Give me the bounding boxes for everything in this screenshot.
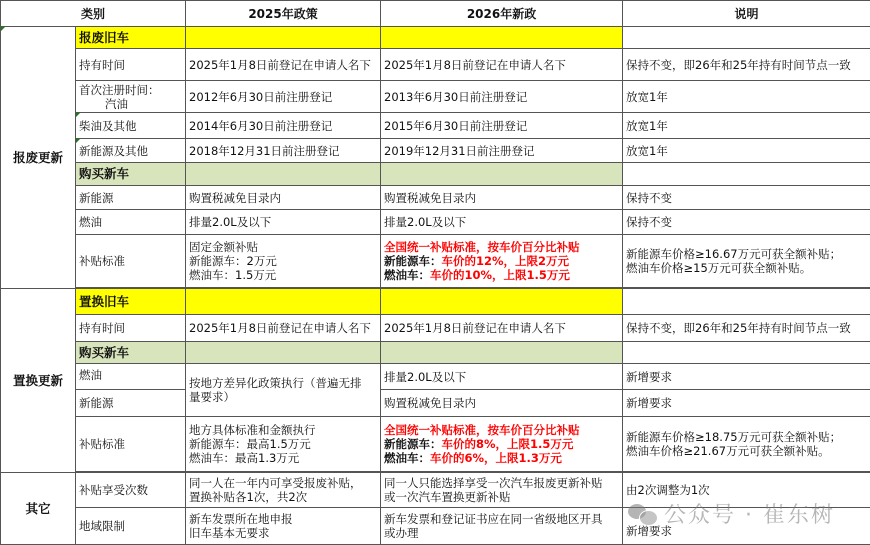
section-replace-new-car: 购买新车: [76, 342, 186, 364]
cell-2025: 固定金额补贴 新能源车：2万元 燃油车：1.5万元: [186, 235, 381, 288]
cell-2026: 购置税减免目录内: [381, 390, 623, 417]
item-label: 地域限制: [76, 508, 186, 545]
cell-note: 保持不变，即26年和25年持有时间节点一致: [623, 49, 870, 81]
cell-2025: 2025年1月8日前登记在申请人名下: [186, 49, 381, 81]
header-category: 类别: [1, 1, 186, 27]
item-label: 持有时间: [76, 49, 186, 81]
table-row-subsidy: 补贴标准 地方具体标准和金额执行 新能源车：最高1.5万元 燃油车：最高1.3万…: [1, 417, 870, 472]
table-row: 新能源 购置税减免目录内 新增要求: [1, 390, 870, 417]
category-other: 其它: [1, 473, 76, 545]
section-row-scrap-new: 购买新车: [1, 163, 870, 186]
cell-comment-marker: [76, 139, 80, 143]
cell-2026: 2019年12月31日前注册登记: [381, 139, 623, 163]
cell-note: 放宽1年: [623, 113, 870, 139]
cell-2025: 地方具体标准和金额执行 新能源车：最高1.5万元 燃油车：最高1.3万元: [186, 417, 381, 472]
cell-2026: 2025年1月8日前登记在申请人名下: [381, 315, 623, 342]
table-row: 地域限制 新车发票所在地申报 旧车基本无要求 新车发票和登记证书应在同一省级地区…: [1, 508, 870, 545]
item-label: 持有时间: [76, 315, 186, 342]
cell-note: 保持不变: [623, 186, 870, 210]
cell-2026: 购置税减免目录内: [381, 186, 623, 210]
item-label: 补贴标准: [76, 235, 186, 288]
table-row: 燃油 排量2.0L及以下 排量2.0L及以下 保持不变: [1, 210, 870, 235]
section-row-replace-new: 购买新车: [1, 342, 870, 364]
table-row-subsidy: 补贴标准 固定金额补贴 新能源车：2万元 燃油车：1.5万元 全国统一补贴标准，…: [1, 235, 870, 288]
item-label: 新能源: [76, 186, 186, 210]
cell-2026: 排量2.0L及以下: [381, 210, 623, 235]
header-2026: 2026年新政: [381, 1, 623, 27]
cell-comment-marker: [1, 27, 5, 31]
cell-note: 保持不变，即26年和25年持有时间节点一致: [623, 315, 870, 342]
cell-2025-merged: 按地方差异化政策执行（普遍无排 量要求）: [186, 364, 381, 417]
cell-2025: 同一人在一年内可享受报废补贴， 置换补贴各1次，共2次: [186, 473, 381, 508]
cell-note: 新能源车价格≥18.75万元可获全额补贴； 燃油车价格≥21.67万元可获全额补…: [623, 417, 870, 472]
item-label: 新能源及其他: [76, 139, 186, 163]
header-row: 类别 2025年政策 2026年新政 说明: [1, 1, 870, 27]
cell-2026: 同一人只能选择享受一次汽车报废更新补贴 或一次汽车置换更新补贴: [381, 473, 623, 508]
cell-2025: 2012年6月30日前注册登记: [186, 81, 381, 113]
table-row: 柴油及其他 2014年6月30日前注册登记 2015年6月30日前注册登记 放宽…: [1, 113, 870, 139]
cell-comment-marker: [76, 113, 80, 117]
item-label: 补贴享受次数: [76, 473, 186, 508]
cell-note: 新能源车价格≥16.67万元可获全额补贴； 燃油车价格≥15万元可获全额补贴。: [623, 235, 870, 288]
cell-2026: 全国统一补贴标准，按车价百分比补贴 新能源车：车价的8%，上限1.5万元 燃油车…: [381, 417, 623, 472]
table-row: 新能源 购置税减免目录内 购置税减免目录内 保持不变: [1, 186, 870, 210]
item-label: 新能源: [76, 390, 186, 417]
item-label: 柴油及其他: [76, 113, 186, 139]
item-label: 补贴标准: [76, 417, 186, 472]
section-replace-old-car: 置换旧车: [76, 289, 186, 315]
cell-2025: 2014年6月30日前注册登记: [186, 113, 381, 139]
cell-2025: 购置税减免目录内: [186, 186, 381, 210]
cell-2025: 2025年1月8日前登记在申请人名下: [186, 315, 381, 342]
cell-2025: 2018年12月31日前注册登记: [186, 139, 381, 163]
header-note: 说明: [623, 1, 870, 27]
item-label: 燃油: [76, 364, 186, 390]
cell-note: 放宽1年: [623, 139, 870, 163]
cell-2026: 2015年6月30日前注册登记: [381, 113, 623, 139]
cell-note: 新增要求: [623, 364, 870, 390]
header-2025: 2025年政策: [186, 1, 381, 27]
section-row-scrap-old: 报废更新 报废旧车: [1, 27, 870, 49]
policy-comparison-table: 类别 2025年政策 2026年新政 说明 报废更新 报废旧车 持有时间 202…: [0, 0, 870, 545]
category-scrap: 报废更新: [1, 27, 76, 289]
cell-note: 新增要求: [623, 390, 870, 417]
cell-note: 保持不变: [623, 210, 870, 235]
item-label: 燃油: [76, 210, 186, 235]
table-row: 持有时间 2025年1月8日前登记在申请人名下 2025年1月8日前登记在申请人…: [1, 49, 870, 81]
item-label: 首次注册时间： 汽油: [76, 81, 186, 113]
cell-2026: 2025年1月8日前登记在申请人名下: [381, 49, 623, 81]
table-row: 新能源及其他 2018年12月31日前注册登记 2019年12月31日前注册登记…: [1, 139, 870, 163]
cell-2026: 全国统一补贴标准，按车价百分比补贴 新能源车：车价的12%，上限2万元 燃油车：…: [381, 235, 623, 288]
table-row: 其它 补贴享受次数 同一人在一年内可享受报废补贴， 置换补贴各1次，共2次 同一…: [1, 473, 870, 508]
cell-note: 放宽1年: [623, 81, 870, 113]
section-row-replace-old: 置换更新 置换旧车: [1, 289, 870, 315]
category-replace: 置换更新: [1, 289, 76, 473]
table-row: 持有时间 2025年1月8日前登记在申请人名下 2025年1月8日前登记在申请人…: [1, 315, 870, 342]
cell-2026: 排量2.0L及以下: [381, 364, 623, 390]
cell-2026: 新车发票和登记证书应在同一省级地区开具 或办理: [381, 508, 623, 545]
section-scrap-new-car: 购买新车: [76, 163, 186, 186]
table-row: 首次注册时间： 汽油 2012年6月30日前注册登记 2013年6月30日前注册…: [1, 81, 870, 113]
cell-2026: 2013年6月30日前注册登记: [381, 81, 623, 113]
cell-note: 新增要求: [623, 508, 870, 545]
cell-note: 由2次调整为1次: [623, 473, 870, 508]
table-row: 燃油 按地方差异化政策执行（普遍无排 量要求） 排量2.0L及以下 新增要求: [1, 364, 870, 390]
cell-2025: 新车发票所在地申报 旧车基本无要求: [186, 508, 381, 545]
cell-2025: 排量2.0L及以下: [186, 210, 381, 235]
section-scrap-old-car: 报废旧车: [76, 27, 186, 49]
